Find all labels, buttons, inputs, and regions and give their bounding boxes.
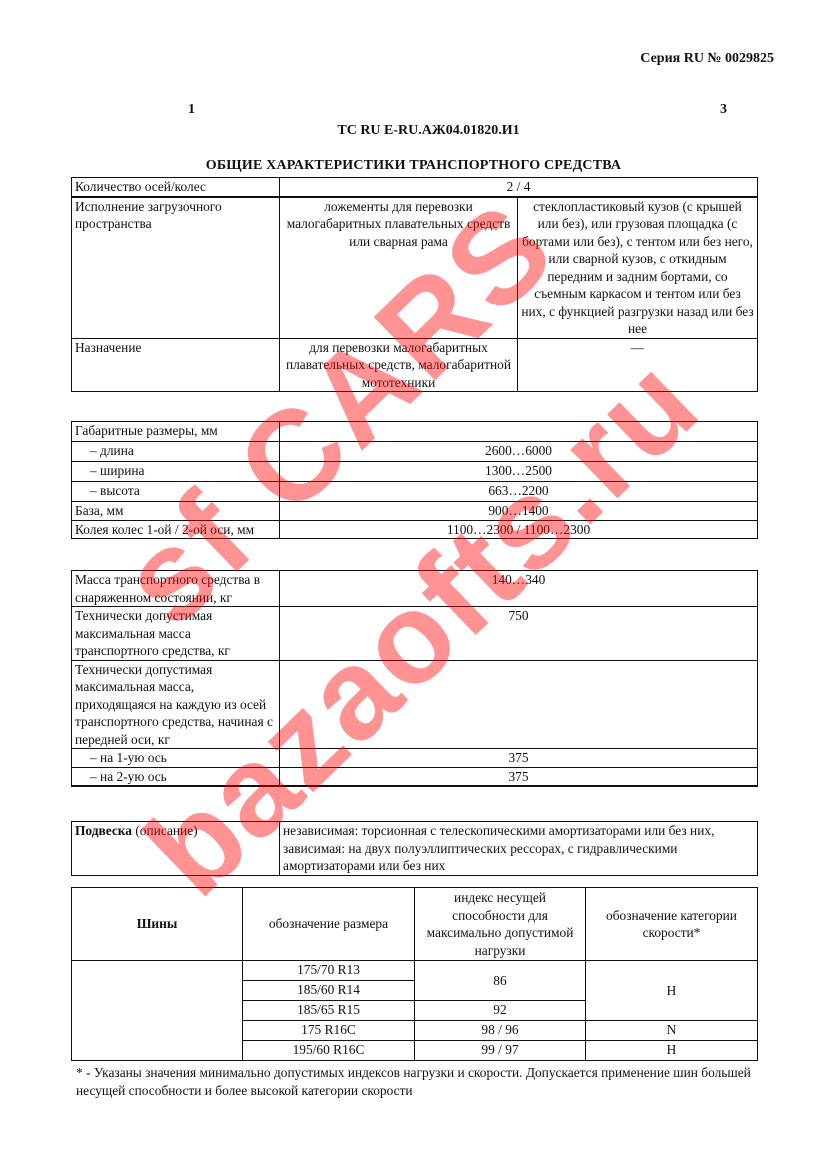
- tyre-size: 175/70 R13: [243, 961, 415, 981]
- suspension-label: Подвеска (описание): [72, 822, 280, 876]
- max-mass-value: 750: [280, 607, 758, 661]
- track-value: 1100…2300 / 1100…2300: [280, 520, 758, 539]
- tyre-size: 175 R16C: [243, 1021, 415, 1041]
- per-axle-label: Технически допустимая максимальная масса…: [72, 660, 280, 749]
- series-number: Серия RU № 0029825: [640, 50, 774, 68]
- table-row: Габаритные размеры, мм: [72, 422, 758, 442]
- table-row: – на 2-ую ось 375: [72, 767, 758, 786]
- table-row: – на 1-ую ось 375: [72, 749, 758, 768]
- suspension-table: Подвеска (описание) независимая: торсион…: [71, 821, 758, 876]
- base-value: 900…1400: [280, 502, 758, 521]
- purpose-value-2: —: [518, 338, 758, 392]
- tyre-size: 195/60 R16C: [243, 1041, 415, 1061]
- page-number-right: 3: [720, 101, 727, 119]
- base-label: База, мм: [72, 502, 280, 521]
- general-table: Количество осей/колес 2 / 4 Исполнение з…: [71, 177, 758, 392]
- tyres-empty-cell: [72, 961, 243, 1061]
- axle1-value: 375: [280, 749, 758, 768]
- load-index: 99 / 97: [415, 1041, 586, 1061]
- table-row: Шины обозначение размера индекс несущей …: [72, 888, 758, 961]
- speed-index: H: [586, 961, 758, 1021]
- tyre-size: 185/60 R14: [243, 981, 415, 1001]
- table-row: – длина 2600…6000: [72, 442, 758, 462]
- page-number-left: 1: [188, 101, 195, 119]
- tyres-table: Шины обозначение размера индекс несущей …: [71, 887, 758, 1061]
- col-load-header: индекс несущей способности для максималь…: [415, 888, 586, 961]
- table-row: Количество осей/колес 2 / 4: [72, 178, 758, 197]
- tyres-label-text: Шины: [137, 916, 178, 931]
- width-value: 1300…2500: [280, 462, 758, 482]
- table-row: Назначение для перевозки малогабаритных …: [72, 338, 758, 392]
- length-value: 2600…6000: [280, 442, 758, 462]
- table-row: Технически допустимая максимальная масса…: [72, 607, 758, 661]
- tyre-size: 185/65 R15: [243, 1001, 415, 1021]
- table-row: 175/70 R13 86 H: [72, 961, 758, 981]
- table-row: Исполнение загрузочного пространства лож…: [72, 197, 758, 339]
- col-speed-header: обозначение категории скорости*: [586, 888, 758, 961]
- speed-index: H: [586, 1041, 758, 1061]
- max-mass-label: Технически допустимая максимальная масса…: [72, 607, 280, 661]
- table-row: Подвеска (описание) независимая: торсион…: [72, 822, 758, 876]
- dimensions-label: Габаритные размеры, мм: [72, 422, 280, 442]
- length-label: – длина: [72, 442, 280, 462]
- axles-label: Количество осей/колес: [72, 178, 280, 197]
- table-row: Масса транспортного средства в снаряженн…: [72, 571, 758, 607]
- curb-mass-label: Масса транспортного средства в снаряженн…: [72, 571, 280, 607]
- table-row: Колея колес 1-ой / 2-ой оси, мм 1100…230…: [72, 520, 758, 539]
- speed-index: N: [586, 1021, 758, 1041]
- cargo-value-2: стеклопластиковый кузов (с крышей или бе…: [518, 197, 758, 339]
- tyres-label: Шины: [72, 888, 243, 961]
- suspension-label-rest: (описание): [132, 823, 198, 838]
- axle2-value: 375: [280, 767, 758, 786]
- load-index: 86: [415, 961, 586, 1001]
- table-row: База, мм 900…1400: [72, 502, 758, 521]
- document-number: ТС RU E-RU.АЖ04.01820.И1: [0, 122, 827, 140]
- track-label: Колея колес 1-ой / 2-ой оси, мм: [72, 520, 280, 539]
- axle2-label: – на 2-ую ось: [72, 767, 280, 786]
- width-label: – ширина: [72, 462, 280, 482]
- curb-mass-value: 140…340: [280, 571, 758, 607]
- purpose-label: Назначение: [72, 338, 280, 392]
- cargo-value-1: ложементы для перевозки малогабаритных п…: [280, 197, 518, 339]
- height-label: – высота: [72, 482, 280, 502]
- col-size-header: обозначение размера: [243, 888, 415, 961]
- suspension-value: независимая: торсионная с телескопически…: [280, 822, 758, 876]
- purpose-value-1: для перевозки малогабаритных плавательны…: [280, 338, 518, 392]
- load-index: 92: [415, 1001, 586, 1021]
- height-value: 663…2200: [280, 482, 758, 502]
- table-row: – ширина 1300…2500: [72, 462, 758, 482]
- mass-table: Масса транспортного средства в снаряженн…: [71, 570, 758, 787]
- suspension-label-bold: Подвеска: [75, 823, 132, 838]
- dimensions-table: Габаритные размеры, мм – длина 2600…6000…: [71, 421, 758, 539]
- table-row: Технически допустимая максимальная масса…: [72, 660, 758, 749]
- cargo-label: Исполнение загрузочного пространства: [72, 197, 280, 339]
- axle1-label: – на 1-ую ось: [72, 749, 280, 768]
- page-title: ОБЩИЕ ХАРАКТЕРИСТИКИ ТРАНСПОРТНОГО СРЕДС…: [0, 157, 827, 175]
- footnote: * - Указаны значения минимально допустим…: [76, 1064, 766, 1100]
- table-row: – высота 663…2200: [72, 482, 758, 502]
- axles-value: 2 / 4: [280, 178, 758, 197]
- load-index: 98 / 96: [415, 1021, 586, 1041]
